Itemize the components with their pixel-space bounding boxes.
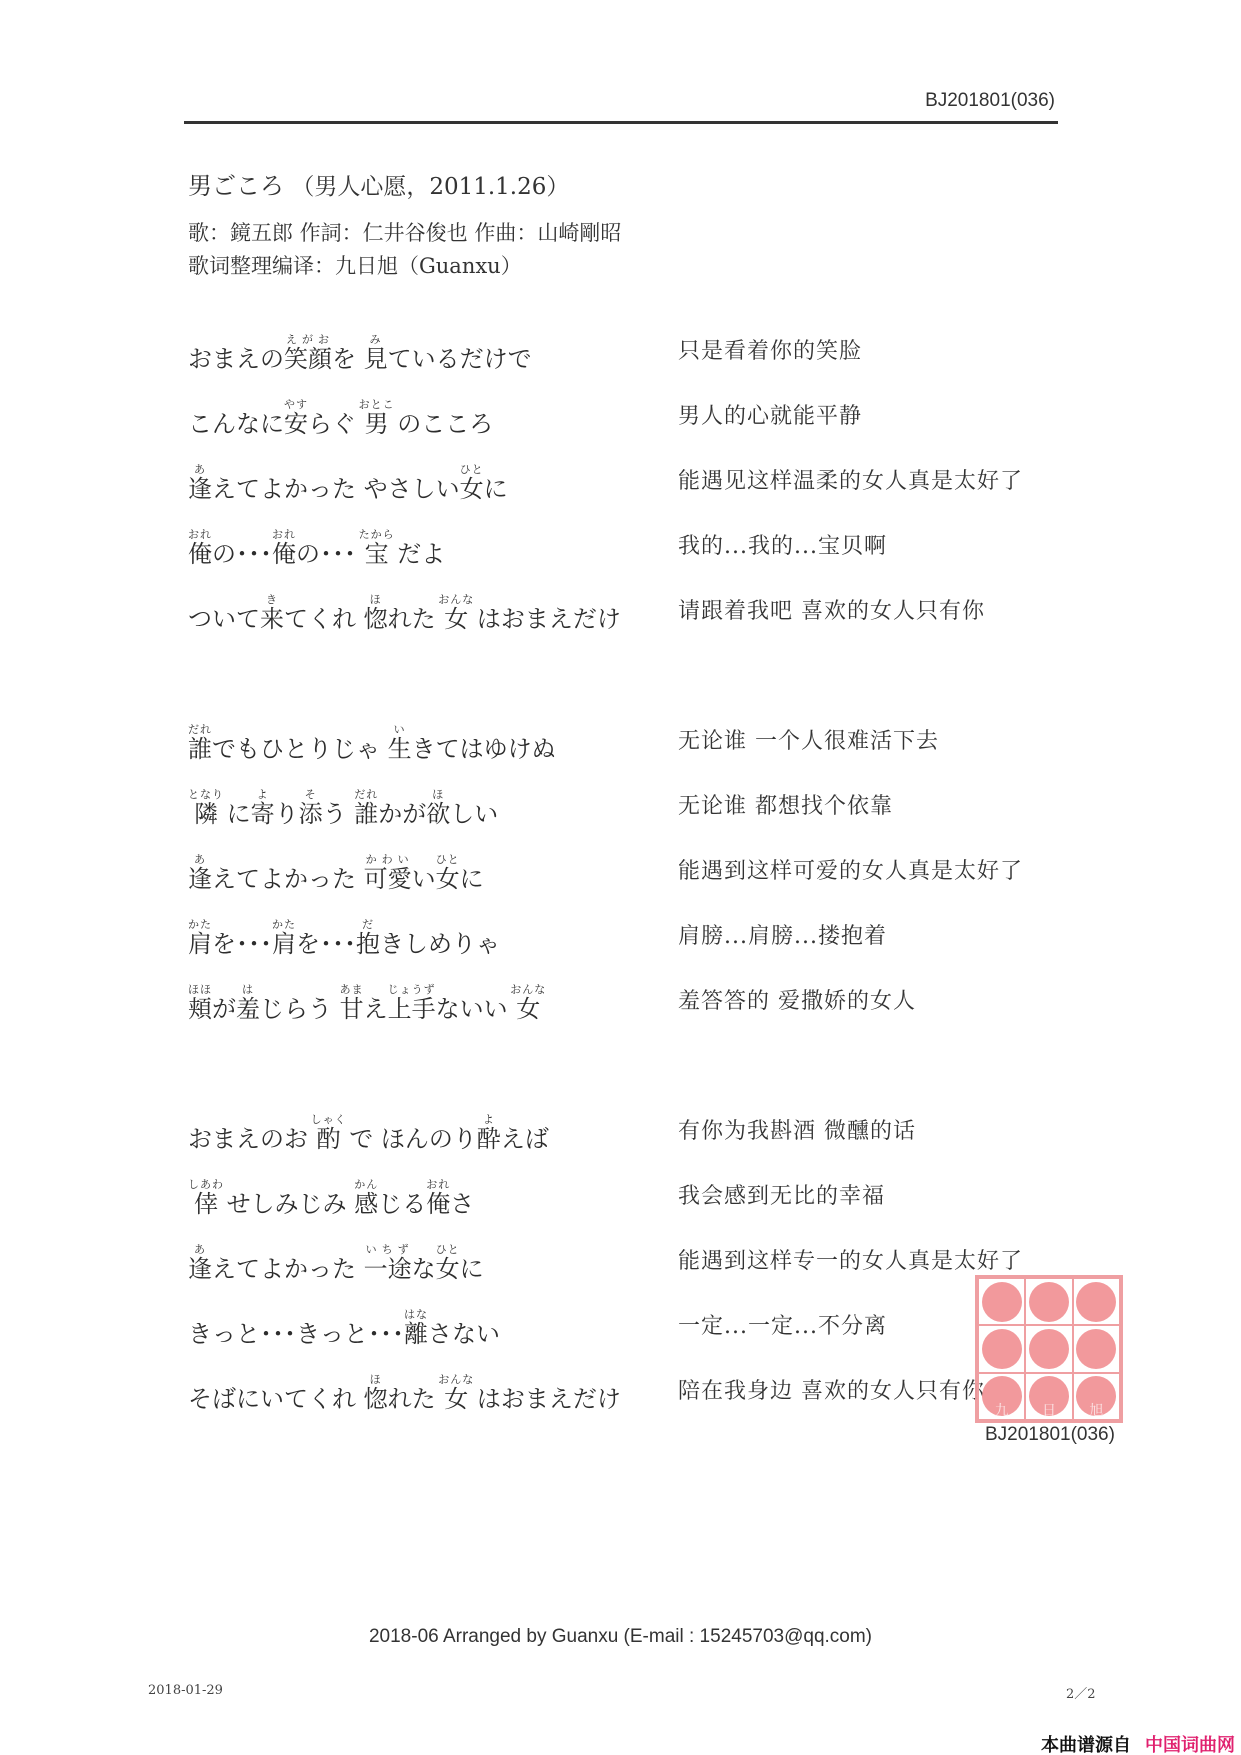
- lyric-text: えてよかった: [212, 1255, 364, 1283]
- furigana-word: 誰だれ: [354, 800, 378, 828]
- furigana-word: 感かん: [354, 1190, 378, 1218]
- furigana-word: 女ひと: [460, 475, 484, 503]
- lyric-text: に: [460, 1255, 484, 1283]
- furigana-word: 可愛かわい: [364, 865, 412, 893]
- furigana-word: 惚ほ: [364, 605, 388, 633]
- seal-cell: [978, 1325, 1025, 1372]
- seal-dot-icon: [982, 1329, 1022, 1369]
- lyric-text: れた: [388, 1385, 444, 1413]
- lyric-text: そばにいてくれ: [188, 1385, 364, 1413]
- furigana-word: 安やす: [284, 410, 308, 438]
- lyric-text: だよ: [390, 540, 446, 568]
- lyric-text: な: [412, 1255, 436, 1283]
- lyric-text: きっと･･･きっと･･･: [188, 1320, 404, 1348]
- lyric-text: の･･･: [212, 540, 272, 568]
- furigana-word: 一途いちず: [364, 1255, 412, 1283]
- footer-date: 2018-01-29: [148, 1683, 223, 1698]
- furigana-word: 逢あ: [188, 1255, 212, 1283]
- lyric-text: い: [412, 865, 436, 893]
- song-credits: 歌：鏡五郎 作詞：仁井谷俊也 作曲：山崎剛昭: [188, 217, 621, 247]
- furigana-word: 男おとこ: [364, 410, 390, 438]
- furigana-reading: み: [364, 333, 388, 346]
- furigana-word: 逢あ: [188, 865, 212, 893]
- lyric-text: れた: [388, 605, 444, 633]
- lyric-line-translation: 肩膀...肩膀...搂抱着: [678, 922, 887, 952]
- lyric-line-jp: こんなに安やすらぐ 男おとこ のこころ: [188, 398, 493, 439]
- lyric-line-translation: 有你为我斟酒 微醺的话: [678, 1117, 916, 1147]
- lyric-line-translation: 只是看着你的笑脸: [678, 337, 862, 367]
- furigana-reading: おれ: [272, 528, 296, 541]
- lyric-text: てくれ: [284, 605, 364, 633]
- furigana-reading: だれ: [188, 723, 212, 736]
- seal-cell: 日: [1025, 1373, 1072, 1420]
- lyric-line-translation: 能遇到这样可爱的女人真是太好了: [678, 857, 1023, 887]
- lyric-text: えてよかった やさしい: [212, 475, 460, 503]
- lyric-text: さ: [450, 1190, 474, 1218]
- lyric-text: に: [460, 865, 484, 893]
- furigana-word: 来き: [260, 605, 284, 633]
- furigana-reading: かわい: [364, 853, 412, 866]
- lyric-text: う: [323, 800, 355, 828]
- furigana-word: 女ひと: [436, 865, 460, 893]
- furigana-word: 肩かた: [272, 930, 296, 958]
- seal-dot-icon: [1076, 1282, 1116, 1322]
- lyric-text: はおまえだけ: [469, 605, 621, 633]
- furigana-reading: おれ: [188, 528, 212, 541]
- furigana-reading: はな: [404, 1308, 428, 1321]
- furigana-reading: じょうず: [388, 983, 436, 996]
- furigana-word: 笑顔えがお: [284, 345, 332, 373]
- seal-dot-icon: [982, 1282, 1022, 1322]
- furigana-reading: となり: [188, 788, 224, 801]
- lyric-line-translation: 请跟着我吧 喜欢的女人只有你: [678, 597, 985, 627]
- lyric-text: えば: [501, 1125, 549, 1153]
- lyric-text: でもひとりじゃ: [212, 735, 388, 763]
- furigana-word: 女ひと: [436, 1255, 460, 1283]
- furigana-reading: ひと: [460, 463, 484, 476]
- seal-dot-icon: 旭: [1076, 1376, 1116, 1416]
- seal-dot-icon: 九: [982, 1376, 1022, 1416]
- furigana-word: 隣となり: [188, 800, 219, 828]
- lyric-text: の･･･: [296, 540, 364, 568]
- furigana-word: 見み: [364, 345, 388, 373]
- lyric-line-jp: 逢あえてよかった 可愛かわいい女ひとに: [188, 853, 484, 894]
- seal-cell: 九: [978, 1373, 1025, 1420]
- lyric-line-translation: 我的...我的...宝贝啊: [678, 532, 887, 562]
- lyric-text: こんなに: [188, 410, 284, 438]
- lyric-text: ついて: [188, 605, 260, 633]
- furigana-word: 抱だ: [356, 930, 380, 958]
- seal-dot-icon: [1029, 1282, 1069, 1322]
- furigana-word: 惚ほ: [364, 1385, 388, 1413]
- furigana-reading: よ: [477, 1113, 501, 1126]
- furigana-word: 頬ほほ: [188, 995, 212, 1023]
- header-rule: [184, 121, 1058, 124]
- lyric-text: を･･･: [212, 930, 272, 958]
- furigana-reading: ほほ: [188, 983, 212, 996]
- lyric-line-translation: 一定...一定...不分离: [678, 1312, 887, 1342]
- lyric-text: を: [332, 345, 364, 373]
- lyric-line-translation: 陪在我身边 喜欢的女人只有你: [678, 1377, 985, 1407]
- seal-cell: [1073, 1278, 1120, 1325]
- furigana-word: 欲ほ: [426, 800, 450, 828]
- furigana-reading: よ: [251, 788, 275, 801]
- lyric-line-translation: 能遇见这样温柔的女人真是太好了: [678, 467, 1023, 497]
- furigana-reading: ほ: [364, 593, 388, 606]
- lyric-text: え: [364, 995, 388, 1023]
- lyric-line-translation: 我会感到无比的幸福: [678, 1182, 885, 1212]
- lyric-line-translation: 无论谁 一个人很难活下去: [678, 727, 939, 757]
- lyric-text: に: [219, 800, 251, 828]
- lyric-text: ているだけで: [388, 345, 532, 373]
- lyric-text: が: [212, 995, 236, 1023]
- seal-code: BJ201801(036): [985, 1424, 1115, 1446]
- lyric-line-jp: 頬ほほが羞はじらう 甘あまえ上手じょうずないい 女おんな: [188, 983, 546, 1024]
- furigana-reading: だ: [356, 918, 380, 931]
- arranged-by-footer: 2018-06 Arranged by Guanxu (E-mail : 152…: [0, 1626, 1241, 1648]
- lyric-text: じる: [378, 1190, 426, 1218]
- furigana-word: 逢あ: [188, 475, 212, 503]
- song-title-jp: 男ごころ: [188, 172, 284, 200]
- furigana-word: 宝たから: [364, 540, 390, 568]
- lyric-text: おまえの: [188, 345, 284, 373]
- furigana-word: 誰だれ: [188, 735, 212, 763]
- furigana-reading: ほ: [426, 788, 450, 801]
- arranger-credit: 歌词整理编译：九日旭（Guanxu）: [188, 250, 522, 280]
- lyric-line-jp: きっと･･･きっと･･･離はなさない: [188, 1308, 500, 1349]
- furigana-reading: あま: [340, 983, 364, 996]
- furigana-word: 酔よ: [477, 1125, 501, 1153]
- furigana-reading: あ: [188, 463, 212, 476]
- seal-stamp: 九日旭: [975, 1275, 1123, 1423]
- seal-char: 日: [1042, 1400, 1056, 1420]
- lyric-line-jp: 俺おれの･･･俺おれの･･･ 宝たから だよ: [188, 528, 445, 569]
- furigana-word: 俺おれ: [188, 540, 212, 568]
- seal-cell: 旭: [1073, 1373, 1120, 1420]
- lyric-line-jp: おまえのお 酌しゃく で ほんのり酔よえば: [188, 1113, 549, 1154]
- furigana-reading: ひと: [436, 1243, 460, 1256]
- furigana-reading: だれ: [354, 788, 378, 801]
- furigana-word: 寄よ: [251, 800, 275, 828]
- seal-char: 旭: [1089, 1400, 1103, 1420]
- furigana-reading: おんな: [510, 983, 546, 996]
- lyric-text: に: [484, 475, 508, 503]
- song-title: 男ごころ （男人心愿，2011.1.26）: [188, 166, 569, 201]
- furigana-word: 上手じょうず: [388, 995, 436, 1023]
- lyric-text: しい: [450, 800, 498, 828]
- furigana-reading: ほ: [364, 1373, 388, 1386]
- furigana-word: 女おんな: [515, 995, 546, 1023]
- lyric-line-jp: おまえの笑顔えがおを 見みているだけで: [188, 333, 532, 374]
- seal-cell: [1025, 1278, 1072, 1325]
- furigana-word: 生い: [388, 735, 412, 763]
- source-attribution: 本曲谱源自中国词曲网: [1041, 1731, 1235, 1755]
- furigana-reading: かた: [188, 918, 212, 931]
- furigana-reading: やす: [284, 398, 308, 411]
- lyric-line-jp: 隣となり に寄より添そう 誰だれかが欲ほしい: [188, 788, 498, 829]
- furigana-reading: かん: [354, 1178, 378, 1191]
- lyric-text: り: [275, 800, 299, 828]
- lyric-text: きてはゆけぬ: [412, 735, 556, 763]
- lyric-text: さない: [428, 1320, 500, 1348]
- lyric-line-jp: ついて来きてくれ 惚ほれた 女おんな はおまえだけ: [188, 593, 621, 634]
- furigana-word: 添そ: [299, 800, 323, 828]
- furigana-word: 俺おれ: [426, 1190, 450, 1218]
- furigana-reading: おれ: [426, 1178, 450, 1191]
- source-label: 本曲谱源自: [1041, 1735, 1131, 1755]
- lyric-text: かが: [378, 800, 426, 828]
- lyric-text: えてよかった: [212, 865, 364, 893]
- furigana-reading: しあわ: [188, 1178, 224, 1191]
- furigana-reading: えがお: [284, 333, 332, 346]
- document-code: BJ201801(036): [925, 90, 1055, 112]
- lyric-text: で ほんのり: [342, 1125, 477, 1153]
- seal-dot-icon: 日: [1029, 1376, 1069, 1416]
- seal-char: 九: [995, 1400, 1009, 1420]
- lyric-line-jp: 倖しあわ せしみじみ 感かんじる俺おれさ: [188, 1178, 474, 1219]
- furigana-word: 俺おれ: [272, 540, 296, 568]
- lyric-text: らぐ: [308, 410, 364, 438]
- seal-dot-icon: [1076, 1329, 1116, 1369]
- seal-cell: [1025, 1325, 1072, 1372]
- lyric-text: はおまえだけ: [469, 1385, 621, 1413]
- lyric-line-jp: 逢あえてよかった やさしい女ひとに: [188, 463, 508, 504]
- lyric-line-translation: 能遇到这样专一的女人真是太好了: [678, 1247, 1023, 1277]
- seal-cell: [1073, 1325, 1120, 1372]
- furigana-reading: そ: [299, 788, 323, 801]
- furigana-reading: たから: [359, 528, 395, 541]
- furigana-reading: は: [236, 983, 260, 996]
- page-number: 2／2: [1066, 1683, 1096, 1702]
- furigana-word: 離はな: [404, 1320, 428, 1348]
- furigana-reading: あ: [188, 1243, 212, 1256]
- furigana-reading: おんな: [438, 1373, 474, 1386]
- furigana-word: 肩かた: [188, 930, 212, 958]
- lyric-line-translation: 无论谁 都想找个依靠: [678, 792, 893, 822]
- seal-cell: [978, 1278, 1025, 1325]
- furigana-word: 酌しゃく: [316, 1125, 342, 1153]
- lyric-line-translation: 男人的心就能平静: [678, 402, 862, 432]
- furigana-reading: いちず: [364, 1243, 412, 1256]
- furigana-reading: しゃく: [311, 1113, 347, 1126]
- furigana-reading: い: [388, 723, 412, 736]
- furigana-word: 倖しあわ: [188, 1190, 219, 1218]
- lyric-line-translation: 羞答答的 爱撒娇的女人: [678, 987, 916, 1017]
- lyric-text: を･･･: [296, 930, 356, 958]
- furigana-reading: かた: [272, 918, 296, 931]
- furigana-reading: き: [260, 593, 284, 606]
- seal-dot-icon: [1029, 1329, 1069, 1369]
- furigana-word: 羞は: [236, 995, 260, 1023]
- lyric-line-jp: 逢あえてよかった 一途いちずな女ひとに: [188, 1243, 484, 1284]
- furigana-reading: おんな: [438, 593, 474, 606]
- song-title-meta: （男人心愿，2011.1.26）: [291, 174, 569, 200]
- source-site-link[interactable]: 中国词曲网: [1145, 1735, 1235, 1755]
- lyric-line-jp: 肩かたを･･･肩かたを･･･抱だきしめりゃ: [188, 918, 500, 959]
- lyric-text: せしみじみ: [219, 1190, 354, 1218]
- furigana-reading: おとこ: [359, 398, 395, 411]
- furigana-word: 甘あま: [340, 995, 364, 1023]
- furigana-reading: あ: [188, 853, 212, 866]
- lyric-text: おまえのお: [188, 1125, 316, 1153]
- furigana-word: 女おんな: [443, 1385, 469, 1413]
- lyric-text: のこころ: [390, 410, 494, 438]
- lyric-line-jp: 誰だれでもひとりじゃ 生いきてはゆけぬ: [188, 723, 556, 764]
- furigana-word: 女おんな: [443, 605, 469, 633]
- lyric-line-jp: そばにいてくれ 惚ほれた 女おんな はおまえだけ: [188, 1373, 621, 1414]
- lyric-text: ないい: [436, 995, 516, 1023]
- lyric-text: じらう: [260, 995, 340, 1023]
- lyric-text: きしめりゃ: [380, 930, 500, 958]
- furigana-reading: ひと: [436, 853, 460, 866]
